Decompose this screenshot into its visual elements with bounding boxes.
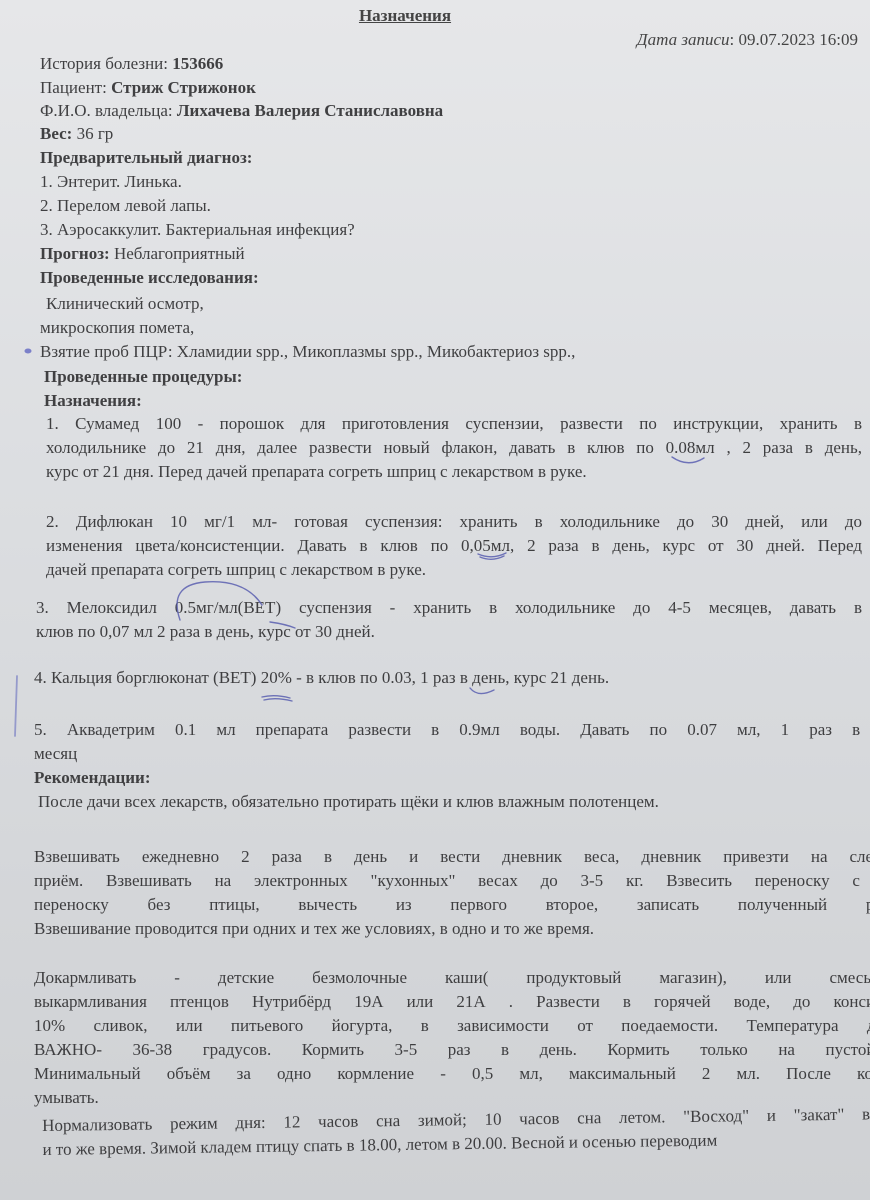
- studies-heading: Проведенные исследования:: [40, 268, 259, 288]
- recommendation-paragraph-3: Докармливать - детские безмолочные каши(…: [34, 966, 870, 1110]
- recommendation-paragraph-1: После дачи всех лекарств, обязательно пр…: [38, 790, 868, 814]
- owner-label: Ф.И.О. владельца:: [40, 101, 173, 120]
- prescriptions-heading: Назначения:: [44, 391, 142, 411]
- weight-value: 36 гр: [77, 124, 114, 143]
- prescription-item-3: 3. Мелоксидил 0.5мг/мл(ВЕТ) суспензия - …: [36, 596, 862, 644]
- prescription-item-2: 2. Дифлюкан 10 мг/1 мл- готовая суспензи…: [46, 510, 862, 582]
- record-date-label: Дата записи: [637, 30, 730, 49]
- pen-margin-bar: [15, 676, 17, 736]
- weight-line: Вес: 36 гр: [40, 124, 113, 144]
- patient-value: Стриж Стрижонок: [111, 78, 256, 97]
- recommendation-paragraph-4: Нормализовать режим дня: 12 часов сна зи…: [42, 1102, 870, 1162]
- study-item: Клинический осмотр,: [46, 294, 204, 314]
- study-item: микроскопия помета,: [40, 318, 194, 338]
- prescription-document: Назначения Дата записи: 09.07.2023 16:09…: [0, 0, 870, 1200]
- prognosis-value: Неблагоприятный: [114, 244, 245, 263]
- prognosis-line: Прогноз: Неблагоприятный: [40, 244, 245, 264]
- document-title: Назначения: [0, 6, 840, 26]
- history-label: История болезни:: [40, 54, 168, 73]
- recommendations-heading: Рекомендации:: [34, 768, 151, 788]
- diagnosis-item: 2. Перелом левой лапы.: [40, 196, 211, 216]
- pen-dot-mark: [25, 349, 32, 354]
- patient-label: Пациент:: [40, 78, 107, 97]
- owner-line: Ф.И.О. владельца: Лихачева Валерия Стани…: [40, 101, 443, 121]
- weight-label: Вес:: [40, 124, 72, 143]
- history-line: История болезни: 153666: [40, 54, 223, 74]
- recommendation-paragraph-2: Взвешивать ежедневно 2 раза в день и вес…: [34, 845, 870, 941]
- prescription-item-5: 5. Аквадетрим 0.1 мл препарата развести …: [34, 718, 870, 766]
- record-date: Дата записи: 09.07.2023 16:09: [637, 30, 858, 50]
- record-date-value: 09.07.2023 16:09: [739, 30, 858, 49]
- study-item: Взятие проб ПЦР: Хламидии spp., Микоплаз…: [40, 342, 575, 362]
- procedures-heading: Проведенные процедуры:: [44, 367, 242, 387]
- owner-value: Лихачева Валерия Станиславовна: [177, 101, 443, 120]
- prognosis-label: Прогноз:: [40, 244, 110, 263]
- prescription-item-4: 4. Кальция борглюконат (ВЕТ) 20% - в клю…: [34, 666, 864, 690]
- diagnosis-heading: Предварительный диагноз:: [40, 148, 252, 168]
- diagnosis-item: 3. Аэросаккулит. Бактериальная инфекция?: [40, 220, 355, 240]
- prescription-item-1: 1. Сумамед 100 - порошок для приготовлен…: [46, 412, 862, 484]
- history-value: 153666: [172, 54, 223, 73]
- patient-line: Пациент: Стриж Стрижонок: [40, 78, 256, 98]
- diagnosis-item: 1. Энтерит. Линька.: [40, 172, 182, 192]
